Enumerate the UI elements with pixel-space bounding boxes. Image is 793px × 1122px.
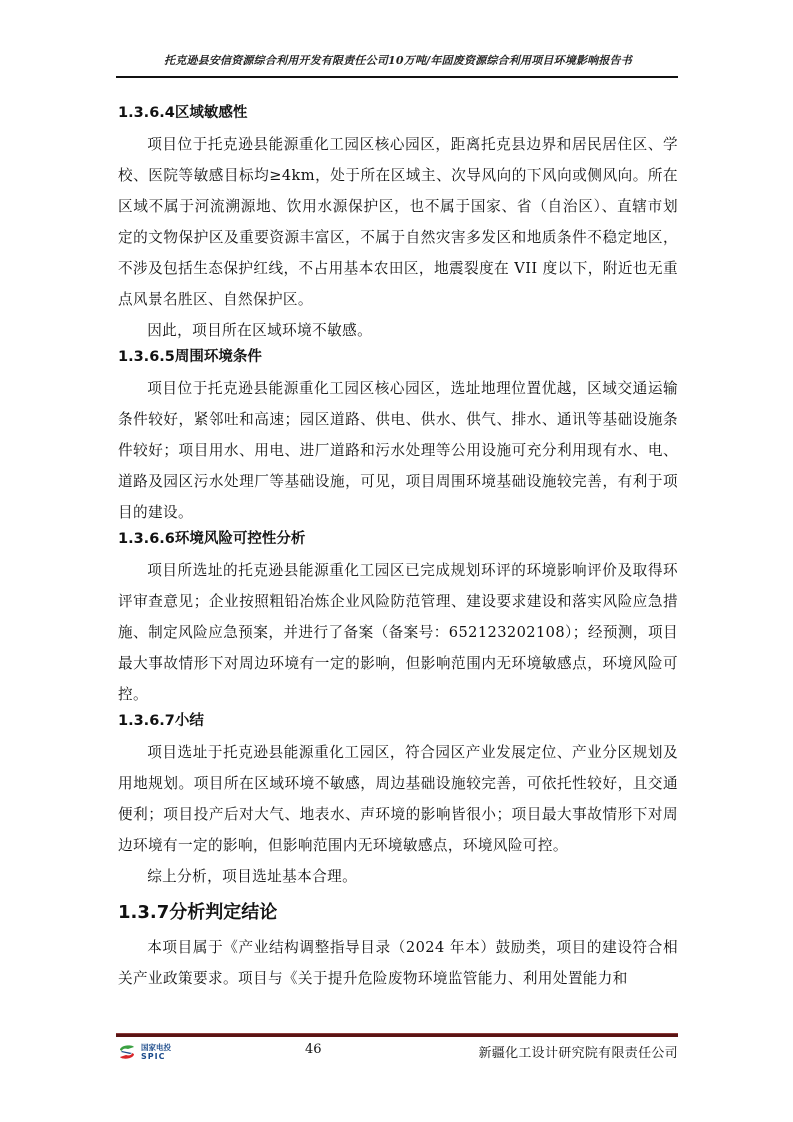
logo-text-en: SPIC [141,1052,171,1061]
paragraph: 项目位于托克逊县能源重化工园区核心园区，距离托克县边界和居民居住区、学校、医院等… [118,129,678,315]
paragraph: 项目位于托克逊县能源重化工园区核心园区，选址地理位置优越，区域交通运输条件较好，… [118,373,678,528]
section-heading: 1.3.6.7小结 [118,712,678,730]
paragraph: 项目所选址的托克逊县能源重化工园区已完成规划环评的环境影响评价及取得环评审查意见… [118,555,678,710]
section-risk-controllability: 1.3.6.6环境风险可控性分析 项目所选址的托克逊县能源重化工园区已完成规划环… [118,530,678,710]
footer-organization: 新疆化工设计研究院有限责任公司 [430,1042,678,1061]
spic-logo: 国家电投 SPIC [118,1042,198,1062]
section-surrounding-conditions: 1.3.6.5周围环境条件 项目位于托克逊县能源重化工园区核心园区，选址地理位置… [118,348,678,528]
section-summary: 1.3.6.7小结 项目选址于托克逊县能源重化工园区，符合园区产业发展定位、产业… [118,712,678,892]
paragraph: 本项目属于《产业结构调整指导目录（2024 年本）鼓励类，项目的建设符合相关产业… [118,932,678,994]
document-body: 1.3.6.4区域敏感性 项目位于托克逊县能源重化工园区核心园区，距离托克县边界… [118,104,678,994]
paragraph: 项目选址于托克逊县能源重化工园区，符合园区产业发展定位、产业分区规划及用地规划。… [118,737,678,861]
logo-text-cn: 国家电投 [141,1043,171,1052]
section-conclusion: 1.3.7分析判定结论 本项目属于《产业结构调整指导目录（2024 年本）鼓励类… [118,902,678,994]
section-heading: 1.3.7分析判定结论 [118,902,678,924]
paragraph: 综上分析，项目选址基本合理。 [118,861,678,892]
section-heading: 1.3.6.4区域敏感性 [118,104,678,122]
paragraph: 因此，项目所在区域环境不敏感。 [118,315,678,346]
header-rule [116,76,678,78]
spic-logo-icon [118,1043,136,1061]
page-number: 46 [305,1042,335,1057]
running-header: 托克逊县安信资源综合利用开发有限责任公司10万吨/年固废资源综合利用项目环境影响… [118,52,678,68]
footer-rule [116,1033,678,1037]
section-heading: 1.3.6.6环境风险可控性分析 [118,530,678,548]
section-regional-sensitivity: 1.3.6.4区域敏感性 项目位于托克逊县能源重化工园区核心园区，距离托克县边界… [118,104,678,346]
section-heading: 1.3.6.5周围环境条件 [118,348,678,366]
